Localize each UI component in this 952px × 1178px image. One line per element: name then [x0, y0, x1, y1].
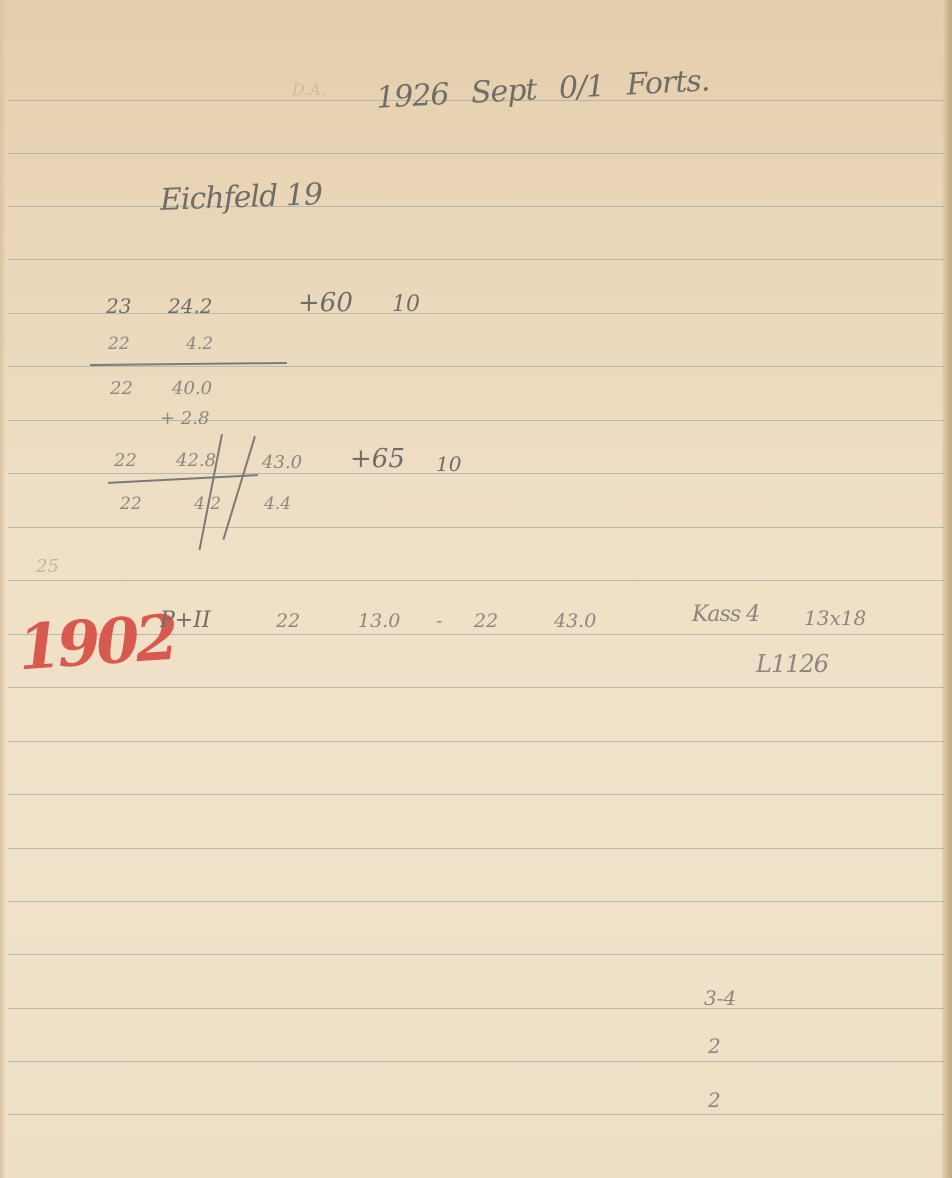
ruled-line	[8, 366, 944, 367]
calc-min: 40.0	[172, 378, 212, 399]
ruled-line	[8, 901, 944, 902]
calc-deg: 23	[106, 294, 131, 318]
calc-adjust: + 2.8	[160, 408, 209, 429]
ruled-line	[8, 580, 944, 581]
section-heading: Eichfeld 19	[159, 177, 322, 218]
calc-alt: 43.0	[262, 452, 302, 473]
notebook-page: D.A. 25 1926 Sept 0/1 Forts. Eichfeld 19…	[0, 0, 952, 1178]
calc-note2: 10	[392, 292, 420, 317]
ruled-line	[8, 794, 944, 795]
entry-ref-code: L1126	[756, 650, 828, 678]
ruled-line	[8, 1114, 944, 1115]
entry-from-deg: 22	[276, 610, 300, 632]
entry-to-deg: 22	[474, 610, 498, 632]
calc-deg: 22	[110, 378, 133, 399]
divider-stroke	[222, 436, 255, 540]
ruled-line	[8, 313, 944, 314]
ruled-line	[8, 206, 944, 207]
page-right-edge	[942, 0, 952, 1178]
page-left-edge	[0, 0, 6, 1178]
ruled-line	[8, 687, 944, 688]
calc-deg: 22	[108, 334, 130, 354]
ruled-line	[8, 1008, 944, 1009]
ruled-line	[8, 420, 944, 421]
entry-ref-size: 13x18	[804, 606, 866, 630]
entry-to-min: 43.0	[554, 610, 596, 632]
entry-label: P+II	[160, 608, 211, 633]
ruled-line	[8, 1061, 944, 1062]
calc-min: 24.2	[168, 294, 213, 318]
sum-underline	[108, 474, 258, 484]
ruled-line	[8, 741, 944, 742]
entry-from-min: 13.0	[358, 610, 400, 632]
calc-alt: 4.4	[264, 494, 291, 514]
calc-deg: 22	[114, 450, 137, 471]
bleed-mark: D.A.	[292, 80, 326, 99]
calc-min: 42.8	[176, 450, 216, 471]
bleed-mark: 25	[36, 556, 59, 577]
bottom-note: 3-4	[704, 986, 736, 1010]
ruled-line	[8, 848, 944, 849]
page-title: 1926 Sept 0/1 Forts.	[375, 63, 710, 115]
ruled-line	[8, 527, 944, 528]
ruled-line	[8, 954, 944, 955]
ruled-line	[8, 473, 944, 474]
ruled-line	[8, 259, 944, 260]
calc-note2: 10	[436, 452, 461, 476]
red-year-mark: 1902	[16, 601, 177, 685]
bottom-note: 2	[708, 1088, 721, 1112]
calc-note: +60	[298, 288, 353, 318]
calc-note: +65	[350, 444, 405, 474]
calc-deg: 22	[120, 494, 142, 514]
calc-min: 4.2	[186, 334, 213, 354]
bottom-note: 2	[708, 1034, 721, 1058]
entry-ref-name: Kass 4	[692, 602, 759, 627]
entry-dash: -	[436, 610, 442, 632]
ruled-line	[8, 153, 944, 154]
